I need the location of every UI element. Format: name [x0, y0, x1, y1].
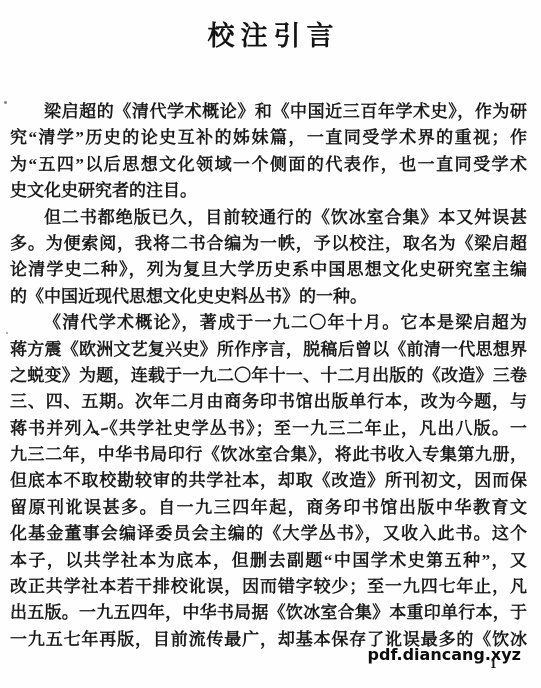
text-line: 《清代学术概论》，著成于一九二〇年十月。它本是梁启超为: [10, 310, 527, 336]
text-line: 化基金董事会编译委员会主编的《大学丛书》，又收入此书。这个: [10, 521, 527, 547]
scan-speck: [6, 332, 8, 334]
text-line: 究“清学”历史的论史互补的姊妹篇，一直同受学术界的重视；作: [10, 125, 527, 151]
text-line: 改正共学社本若干排校讹误，因而错字较少；至一九四七年止，凡: [10, 574, 527, 600]
paragraph-3: 《清代学术概论》，著成于一九二〇年十月。它本是梁启超为 蒋方震《欧洲文艺复兴史》…: [10, 310, 527, 653]
text-line: 梁启超的《清代学术概论》和《中国近三百年学术史》，作为研: [10, 99, 527, 125]
text-line: 蒋书并列入《共学社史学丛书》；至一九三二年止，凡出八版。一: [10, 416, 527, 442]
text-line: 之蜕变》为题，连载于一九二〇年十一、十二月出版的《改造》三卷: [10, 363, 527, 389]
text-line: 多。为便索阅，我将二书合编为一帙，予以校注，取名为《梁启超: [10, 231, 527, 257]
page-title: 校注引言: [0, 14, 541, 53]
watermark: pdf.diancang.xyz: [368, 645, 521, 664]
text-line: 为“五四”以后思想文化领域一个侧面的代表作，也一直同受学术: [10, 152, 527, 178]
text-line: 出五版。一九五四年，中华书局据《饮冰室合集》本重印单行本，于: [10, 600, 527, 626]
text-line: 史文化史研究者的注目。: [10, 178, 527, 204]
text-line: 本子，以共学社本为底本，但删去副题“中国学术史第五种”，又: [10, 548, 527, 574]
scanned-document-page: 校注引言 梁启超的《清代学术概论》和《中国近三百年学术史》，作为研 究“清学”历…: [0, 0, 541, 688]
body-text: 梁启超的《清代学术概论》和《中国近三百年学术史》，作为研 究“清学”历史的论史互…: [10, 99, 527, 653]
text-line: 留原刊讹误甚多。自一九三四年起，商务印书馆出版中华教育文: [10, 495, 527, 521]
text-line: 三、四、五期。次年二月由商务印书馆出版单行本，改为今题，与: [10, 389, 527, 415]
text-line: 论清学史二种》，列为复旦大学历史系中国思想文化史研究室主编: [10, 257, 527, 283]
text-line: 蒋方震《欧洲文艺复兴史》所作序言，脱稿后曾以《前清一代思想界: [10, 337, 527, 363]
text-line: 九三二年，中华书局印行《饮冰室合集》，将此书收入专集第九册，: [10, 442, 527, 468]
paragraph-1: 梁启超的《清代学术概论》和《中国近三百年学术史》，作为研 究“清学”历史的论史互…: [10, 99, 527, 205]
scan-speck: [4, 101, 7, 104]
text-line: 但底本不取校勘较审的共学社本，却取《改造》所刊初文，因而保: [10, 468, 527, 494]
paragraph-2: 但二书都绝版已久，目前较通行的《饮冰室合集》本又舛误甚 多。为便索阅，我将二书合…: [10, 205, 527, 311]
text-line: 的《中国近现代思想文化史史料丛书》的一种。: [10, 284, 527, 310]
text-line: 但二书都绝版已久，目前较通行的《饮冰室合集》本又舛误甚: [10, 205, 527, 231]
